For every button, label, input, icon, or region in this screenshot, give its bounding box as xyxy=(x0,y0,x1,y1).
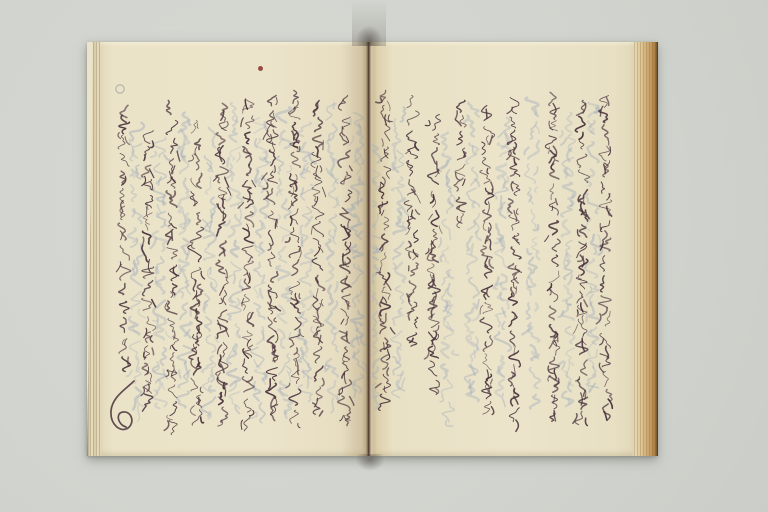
ink-text-column xyxy=(424,115,442,395)
handwriting-stroke xyxy=(201,397,215,416)
handwriting-stroke xyxy=(534,167,538,175)
handwriting-stroke xyxy=(473,314,479,320)
handwriting-stroke xyxy=(178,346,193,364)
handwriting-stroke xyxy=(441,343,448,358)
handwriting-stroke xyxy=(188,245,201,261)
handwriting-stroke xyxy=(485,236,487,243)
handwriting-stroke xyxy=(279,367,284,375)
handwriting-stroke xyxy=(277,306,286,323)
handwriting-stroke xyxy=(276,108,291,123)
handwriting-stroke xyxy=(577,101,586,116)
handwriting-stroke xyxy=(166,120,178,134)
handwriting-stroke xyxy=(172,232,173,240)
handwriting-stroke xyxy=(156,268,158,274)
handwriting-stroke xyxy=(243,147,251,158)
handwriting-stroke xyxy=(484,127,495,138)
handwriting-stroke xyxy=(507,107,512,113)
handwriting-stroke xyxy=(130,123,144,141)
manuscript-book xyxy=(87,42,657,456)
handwriting-stroke xyxy=(200,387,203,393)
handwriting-stroke xyxy=(205,317,211,331)
handwriting-stroke xyxy=(535,126,539,134)
handwriting-stroke xyxy=(243,98,254,110)
handwriting-stroke xyxy=(391,331,402,349)
handwriting-stroke xyxy=(243,228,253,243)
handwriting-stroke xyxy=(248,192,250,202)
handwriting-stroke xyxy=(600,221,609,232)
handwriting-stroke xyxy=(600,333,611,348)
handwriting-stroke xyxy=(496,164,506,178)
handwriting-stroke xyxy=(553,103,556,113)
handwriting-stroke xyxy=(457,100,465,112)
handwriting-stroke xyxy=(467,254,477,274)
handwriting-stroke xyxy=(398,189,403,199)
handwriting-stroke xyxy=(227,369,240,386)
handwriting-stroke xyxy=(322,378,324,386)
handwriting-stroke xyxy=(154,323,166,340)
handwriting-stroke xyxy=(473,202,475,208)
handwriting-stroke xyxy=(529,193,532,202)
handwriting-stroke xyxy=(425,121,430,126)
handwriting-stroke xyxy=(268,252,275,266)
handwriting-stroke xyxy=(138,309,145,317)
handwriting-stroke xyxy=(341,225,350,241)
handwriting-stroke xyxy=(350,245,363,258)
handwriting-stroke xyxy=(217,324,227,338)
handwriting-stroke xyxy=(263,131,268,139)
handwriting-stroke xyxy=(550,120,558,130)
handwriting-stroke xyxy=(333,104,335,108)
handwriting-stroke xyxy=(584,300,588,307)
handwriting-stroke xyxy=(191,120,197,133)
handwriting-stroke xyxy=(407,302,417,313)
handwriting-stroke xyxy=(573,324,578,333)
handwriting-stroke xyxy=(179,370,181,378)
handwriting-stroke xyxy=(509,351,520,367)
handwriting-stroke xyxy=(221,364,224,373)
handwriting-stroke xyxy=(393,217,405,234)
handwriting-stroke xyxy=(342,127,345,136)
handwriting-stroke xyxy=(312,258,322,270)
handwriting-stroke xyxy=(191,378,198,391)
handwriting-stroke xyxy=(197,124,198,129)
handwriting-stroke xyxy=(353,353,354,358)
handwriting-stroke xyxy=(145,224,148,230)
handwriting-stroke xyxy=(407,111,419,125)
handwriting-stroke xyxy=(291,152,300,167)
handwriting-stroke xyxy=(142,267,154,278)
handwriting-stroke xyxy=(516,209,518,215)
handwriting-stroke xyxy=(313,135,323,147)
handwriting-stroke xyxy=(508,177,509,182)
handwriting-stroke xyxy=(393,308,402,325)
handwriting-stroke xyxy=(193,197,196,206)
handwriting-stroke xyxy=(440,256,442,262)
left-page-edge-stack xyxy=(87,42,100,456)
handwriting-stroke xyxy=(287,166,292,173)
handwriting-stroke xyxy=(429,214,433,220)
handwriting-stroke xyxy=(433,115,441,131)
handwriting-stroke xyxy=(143,130,153,143)
handwriting-stroke xyxy=(431,308,433,318)
handwriting-stroke xyxy=(313,296,318,310)
handwriting-stroke xyxy=(595,248,597,254)
handwriting-stroke xyxy=(184,179,189,193)
handwriting-stroke xyxy=(491,182,493,190)
handwriting-stroke xyxy=(171,177,175,188)
handwriting-stroke xyxy=(118,133,121,139)
handwriting-stroke xyxy=(485,342,486,347)
handwriting-stroke xyxy=(244,415,250,431)
handwriting-stroke xyxy=(404,201,412,212)
handwriting-stroke xyxy=(346,301,348,309)
handwriting-stroke xyxy=(375,396,378,408)
handwriting-stroke xyxy=(151,182,153,190)
handwriting-stroke xyxy=(380,234,388,249)
handwriting-stroke xyxy=(205,177,210,194)
handwriting-stroke xyxy=(388,115,392,122)
handwriting-stroke xyxy=(372,311,377,331)
handwriting-stroke xyxy=(340,416,344,421)
handwriting-stroke xyxy=(526,303,530,319)
handwriting-stroke xyxy=(588,350,597,369)
handwriting-stroke xyxy=(340,258,350,274)
handwriting-stroke xyxy=(151,152,156,158)
handwriting-stroke xyxy=(516,420,519,431)
handwriting-stroke xyxy=(354,390,355,397)
handwriting-stroke xyxy=(502,394,505,407)
handwriting-stroke xyxy=(392,129,400,145)
handwriting-stroke xyxy=(577,242,587,258)
handwriting-stroke xyxy=(323,141,324,150)
handwriting-stroke xyxy=(342,294,350,306)
handwriting-stroke xyxy=(265,123,267,130)
handwriting-stroke xyxy=(127,371,132,376)
handwriting-stroke xyxy=(263,331,264,341)
handwriting-stroke xyxy=(376,98,382,103)
handwriting-stroke xyxy=(386,273,390,282)
handwriting-stroke xyxy=(327,263,334,281)
bleedthrough-column xyxy=(273,108,292,418)
handwriting-stroke xyxy=(599,363,603,372)
handwriting-stroke xyxy=(120,318,126,333)
handwriting-stroke xyxy=(483,302,493,314)
handwriting-stroke xyxy=(387,101,390,111)
handwriting-stroke xyxy=(407,161,413,176)
handwriting-stroke xyxy=(325,365,327,369)
handwriting-stroke xyxy=(150,336,153,342)
bleedthrough-column xyxy=(391,108,409,398)
handwriting-stroke xyxy=(587,142,598,162)
handwriting-stroke xyxy=(194,154,199,170)
handwriting-stroke xyxy=(349,136,353,145)
handwriting-stroke xyxy=(372,197,376,218)
handwriting-stroke xyxy=(188,155,193,161)
handwriting-stroke xyxy=(489,260,493,269)
handwriting-stroke xyxy=(495,248,507,268)
handwriting-stroke xyxy=(350,223,362,239)
handwriting-stroke xyxy=(241,118,244,127)
handwriting-stroke xyxy=(243,197,253,208)
handwriting-stroke xyxy=(379,182,384,198)
handwriting-stroke xyxy=(153,301,165,321)
handwriting-stroke xyxy=(268,95,277,105)
handwriting-stroke xyxy=(442,403,454,422)
handwriting-stroke xyxy=(393,242,403,259)
handwriting-stroke xyxy=(268,244,271,251)
handwriting-stroke xyxy=(343,362,349,375)
handwriting-stroke xyxy=(560,131,563,137)
handwriting-stroke xyxy=(206,335,215,352)
handwriting-stroke xyxy=(269,379,271,389)
handwriting-stroke xyxy=(397,348,400,363)
handwriting-stroke xyxy=(487,288,489,297)
ink-text-column xyxy=(404,95,420,346)
handwriting-stroke xyxy=(512,182,520,196)
handwriting-stroke xyxy=(468,103,479,117)
handwriting-stroke xyxy=(158,177,161,185)
handwriting-stroke xyxy=(244,399,251,412)
handwriting-stroke xyxy=(511,247,521,259)
handwriting-stroke xyxy=(128,228,136,241)
handwriting-stroke xyxy=(163,383,165,389)
handwriting-stroke xyxy=(237,153,241,162)
left-page-handwriting xyxy=(100,42,367,456)
handwriting-stroke xyxy=(268,171,278,184)
handwriting-stroke xyxy=(601,182,604,193)
right-page xyxy=(372,42,634,456)
handwriting-stroke xyxy=(292,260,299,276)
handwriting-stroke xyxy=(142,298,152,310)
handwriting-stroke xyxy=(575,116,585,131)
handwriting-stroke xyxy=(138,405,140,421)
handwriting-stroke xyxy=(494,275,507,289)
handwriting-stroke xyxy=(379,272,386,285)
handwriting-stroke xyxy=(119,284,125,295)
handwriting-stroke xyxy=(374,214,378,229)
handwriting-stroke xyxy=(549,221,558,235)
handwriting-stroke xyxy=(191,360,196,369)
handwriting-stroke xyxy=(157,205,161,213)
handwriting-stroke xyxy=(301,291,313,307)
handwriting-stroke xyxy=(604,165,606,174)
handwriting-stroke xyxy=(301,188,303,194)
handwriting-stroke xyxy=(471,244,473,253)
handwriting-stroke xyxy=(483,401,491,414)
handwriting-stroke xyxy=(144,328,147,337)
handwriting-stroke xyxy=(561,138,567,145)
handwriting-stroke xyxy=(387,368,388,376)
handwriting-stroke xyxy=(508,294,517,306)
handwriting-stroke xyxy=(171,224,176,229)
handwriting-stroke xyxy=(316,147,318,157)
handwriting-stroke xyxy=(295,174,297,180)
handwriting-stroke xyxy=(286,238,290,242)
handwriting-stroke xyxy=(381,253,386,269)
handwriting-stroke xyxy=(312,188,320,202)
handwriting-stroke xyxy=(177,151,180,161)
handwriting-stroke xyxy=(167,416,173,420)
handwriting-stroke xyxy=(293,142,297,147)
handwriting-stroke xyxy=(204,246,215,260)
handwriting-stroke xyxy=(168,385,177,398)
handwriting-stroke xyxy=(320,166,322,172)
handwriting-stroke xyxy=(296,133,298,143)
handwriting-stroke xyxy=(487,202,489,214)
handwriting-stroke xyxy=(480,305,483,314)
left-page xyxy=(100,42,367,456)
handwriting-stroke xyxy=(536,304,538,311)
handwriting-stroke xyxy=(447,177,451,193)
handwriting-stroke xyxy=(298,364,299,374)
handwriting-stroke xyxy=(313,173,322,186)
handwriting-stroke xyxy=(180,303,187,319)
ink-text-column xyxy=(545,92,561,421)
handwriting-stroke xyxy=(431,211,439,227)
handwriting-stroke xyxy=(190,406,195,416)
handwriting-stroke xyxy=(256,221,263,237)
bleedthrough-column xyxy=(325,103,340,413)
handwriting-stroke xyxy=(424,351,429,359)
handwriting-stroke xyxy=(351,311,364,325)
handwriting-stroke xyxy=(155,404,159,409)
handwriting-stroke xyxy=(253,118,265,134)
handwriting-stroke xyxy=(122,357,131,372)
handwriting-stroke xyxy=(314,347,322,363)
handwriting-stroke xyxy=(372,266,378,283)
handwriting-stroke xyxy=(415,210,419,215)
handwriting-stroke xyxy=(151,141,154,147)
handwriting-stroke xyxy=(260,199,269,218)
handwriting-stroke xyxy=(549,271,559,283)
handwriting-stroke xyxy=(254,263,262,277)
handwriting-stroke xyxy=(531,210,537,229)
handwriting-stroke xyxy=(391,177,404,191)
handwriting-stroke xyxy=(489,136,492,145)
handwriting-stroke xyxy=(231,241,239,257)
handwriting-stroke xyxy=(164,155,170,160)
handwriting-stroke xyxy=(550,164,559,179)
handwriting-stroke xyxy=(137,245,144,265)
handwriting-stroke xyxy=(167,301,177,314)
handwriting-stroke xyxy=(312,206,324,219)
handwriting-stroke xyxy=(402,222,404,227)
handwriting-stroke xyxy=(229,215,241,237)
handwriting-stroke xyxy=(456,197,466,209)
handwriting-stroke xyxy=(566,348,574,365)
handwriting-stroke xyxy=(571,202,573,207)
handwriting-stroke xyxy=(372,287,380,306)
handwriting-stroke xyxy=(254,303,264,318)
handwriting-stroke xyxy=(144,155,145,161)
handwriting-stroke xyxy=(280,139,284,145)
handwriting-stroke xyxy=(471,167,477,185)
handwriting-stroke xyxy=(119,122,130,134)
handwriting-stroke xyxy=(568,275,572,284)
handwriting-stroke xyxy=(566,113,572,133)
handwriting-stroke xyxy=(409,242,411,247)
handwriting-stroke xyxy=(131,185,137,202)
handwriting-stroke xyxy=(372,224,380,238)
handwriting-stroke xyxy=(395,263,405,282)
handwriting-stroke xyxy=(568,399,569,404)
handwriting-stroke xyxy=(335,282,338,292)
handwriting-stroke xyxy=(121,201,123,212)
handwriting-stroke xyxy=(532,238,539,253)
handwriting-stroke xyxy=(313,238,323,252)
handwriting-stroke xyxy=(298,424,300,428)
handwriting-stroke xyxy=(315,118,323,132)
handwriting-stroke xyxy=(317,308,319,319)
handwriting-stroke xyxy=(536,109,537,114)
handwriting-stroke xyxy=(298,123,311,137)
handwriting-stroke xyxy=(457,131,462,145)
handwriting-stroke xyxy=(535,187,538,192)
handwriting-stroke xyxy=(227,345,236,364)
handwriting-stroke xyxy=(600,256,605,271)
handwriting-stroke xyxy=(508,264,519,275)
handwriting-stroke xyxy=(383,343,384,349)
handwriting-stroke xyxy=(168,319,175,332)
handwriting-stroke xyxy=(449,272,453,278)
photo-canvas: { "photo": { "background_color": "#d2d5c… xyxy=(0,0,768,512)
handwriting-stroke xyxy=(234,275,235,283)
handwriting-stroke xyxy=(307,167,310,172)
handwriting-stroke xyxy=(219,393,223,405)
handwriting-stroke xyxy=(470,121,474,137)
handwriting-stroke xyxy=(144,213,153,225)
handwriting-stroke xyxy=(177,392,189,408)
handwriting-stroke xyxy=(562,220,570,236)
handwriting-stroke xyxy=(328,381,337,399)
handwriting-stroke xyxy=(483,158,491,169)
handwriting-stroke xyxy=(483,210,491,222)
handwriting-stroke xyxy=(166,331,172,338)
handwriting-stroke xyxy=(319,411,322,416)
handwriting-stroke xyxy=(603,371,608,386)
handwriting-stroke xyxy=(120,264,131,280)
handwriting-stroke xyxy=(291,228,299,243)
handwriting-stroke xyxy=(429,361,437,376)
bleedthrough-column xyxy=(174,113,192,408)
handwriting-stroke xyxy=(464,116,468,122)
handwriting-stroke xyxy=(268,317,276,332)
handwriting-stroke xyxy=(248,257,251,262)
handwriting-stroke xyxy=(229,392,239,409)
handwriting-stroke xyxy=(416,195,420,204)
handwriting-stroke xyxy=(491,407,493,415)
handwriting-stroke xyxy=(218,204,220,209)
handwriting-stroke xyxy=(530,368,541,389)
handwriting-stroke xyxy=(376,384,381,388)
handwriting-stroke xyxy=(455,164,465,176)
handwriting-stroke xyxy=(349,166,352,171)
handwriting-stroke xyxy=(376,246,377,251)
handwriting-stroke xyxy=(158,212,166,227)
handwriting-stroke xyxy=(486,136,488,145)
ink-text-column xyxy=(111,85,134,430)
handwriting-stroke xyxy=(576,339,588,355)
handwriting-stroke xyxy=(386,282,391,290)
handwriting-stroke xyxy=(381,355,388,370)
ink-text-column xyxy=(338,96,354,426)
handwriting-stroke xyxy=(246,165,251,176)
handwriting-stroke xyxy=(131,292,141,310)
handwriting-stroke xyxy=(600,339,604,345)
handwriting-stroke xyxy=(588,343,593,357)
handwriting-stroke xyxy=(229,128,237,142)
handwriting-stroke xyxy=(428,346,438,358)
